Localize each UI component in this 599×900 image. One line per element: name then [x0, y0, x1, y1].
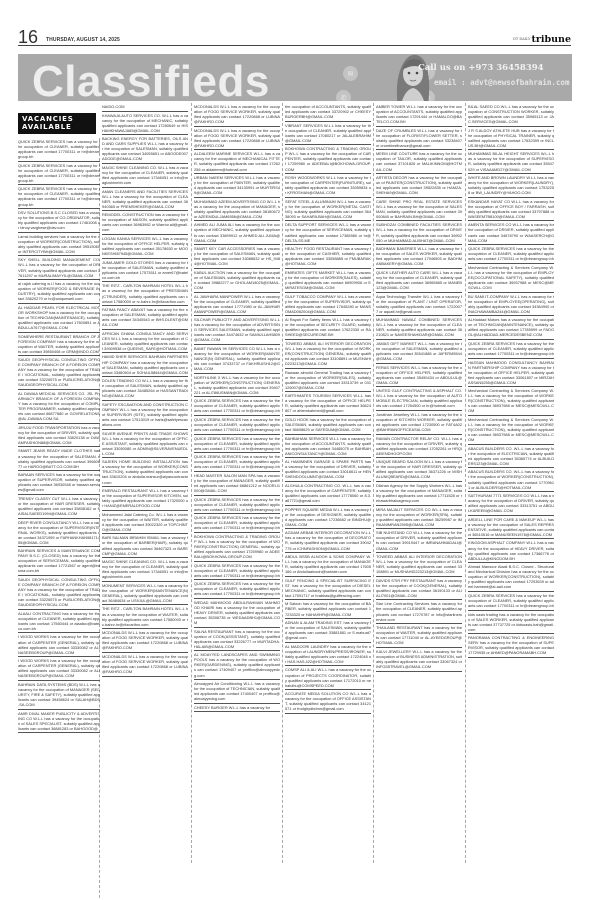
classified-ad: HASSAN MAHMOOD CONSULTANCY BAHRAIN PARTN… — [468, 359, 554, 388]
classified-ad: ACCURATE MEDIA SOLUTION CO W.L.L has a v… — [285, 690, 371, 714]
classified-ad: JIRUJU FOOD TRANSPORTATION has a vacancy… — [18, 424, 100, 448]
classified-ad: BAHRAIN DATA SYSTEMS (BDS) W.L.L has a v… — [18, 681, 100, 710]
classified-ad: MUHAMMAD AZEEM ADVERTISING CO W.L.L has … — [194, 198, 280, 222]
classified-ad: ABDUL BSSB ALNOOH & SONS COMPANY W.L.L h… — [285, 553, 371, 577]
classified-ad: BOKHOWA CONTRACTING & TRADING GROUP W.L.… — [285, 145, 371, 174]
classified-ad: Mechanical Contracting & Services Compan… — [468, 387, 554, 416]
classified-ad: MIRA MAJALIT SERVICES CO W.L.L has a vac… — [376, 506, 462, 530]
classified-ad: AFRICAN GHANA CONSULTANCY AND SERVICES W… — [102, 330, 188, 354]
classified-ad: AL HADDAR PEARL FOR ELECTRICAL MOTOR WOR… — [18, 304, 100, 333]
classified-ad: MCDONALDS W.L.L has a vacancy for the oc… — [102, 653, 188, 677]
classified-ad: THE RITZ - CARLTON BAHRAIN HOTEL W.L.L h… — [102, 282, 188, 306]
classified-ad: PANORAMA CONTRACTING & ENGINEERING SERV … — [468, 634, 554, 658]
classified-ad: SIB NUHSTAND CO W.L.L has a vacancy for … — [376, 529, 462, 553]
classified-ad: QUICK ZEBRA SERVICES has a vacancy for t… — [18, 138, 100, 162]
classified-ad: TRENDY CLASSY CUT W.L.L has a vacancy fo… — [18, 495, 100, 519]
classified-ad: SEFAT STEEL & ALUMINUM W.L.L has a vacan… — [285, 198, 371, 222]
classified-ad: MCDONALDS W.L.L has a vacancy for the oc… — [194, 127, 280, 151]
classified-ad: Ahmad Mansoor Alaali B.S.C. Closed - Str… — [468, 563, 554, 592]
vacancies-available-label: VACANCIES AVAILABLE — [18, 113, 96, 134]
classified-ad: GOLD HOOK has a vacancy for the occupati… — [285, 416, 371, 435]
operator-illustration-icon — [390, 54, 434, 101]
classified-ad: MEEM LINE COUTURE has a vacancy for the … — [376, 150, 462, 174]
classified-ad: AL MADOORI LAUNDRY has a vacancy for the… — [285, 643, 371, 667]
classified-ad: AMAN CLEANERS AND FACILITIES SERVICES W.… — [102, 188, 188, 212]
classified-ad: QUICK ZEBRA SERVICES has a vacancy for t… — [468, 340, 554, 359]
ads-column-6: BILAL SAEED CO W.L.L has a vacancy for t… — [468, 103, 554, 658]
classified-ad: ABACUS BUILDERS CO. W.L.L has a vacancy … — [468, 445, 554, 469]
classified-ad: THAILAND RESTAURANT has a vacancy for th… — [376, 624, 462, 648]
classified-ad: HEALTHY FOOD RESTAURANT has a vacancy fo… — [285, 245, 371, 269]
classified-ad: ABACUS BUILDERS CO. W.L.L has a vacancy … — [468, 468, 554, 492]
classified-ad: MUHAMMAD NAWAZ COMBINED SERVICES W.L.L h… — [376, 316, 462, 340]
classified-ad: AL JAWHARA MANPOWER W.L.L has a vacancy … — [194, 293, 280, 317]
classified-ad: SKY SHELL BUILDING MANAGEMENT CO. W.L.L … — [18, 256, 100, 280]
ads-column-5: AMBER TOWER W.L.L has a vacancy for the … — [376, 103, 462, 672]
classified-ad: DSV SOLUTIONS B.S.C CLOSED has a vacancy… — [18, 209, 100, 233]
classified-ad: MAGIC SHINE CLEANING CO. W.L.L has a vac… — [102, 558, 188, 582]
classified-ad: Mechanical Contracting & Services Compan… — [468, 416, 554, 445]
classified-ad: SALNA RESTAURANT has a vacancy for the o… — [194, 628, 280, 652]
classified-ad: SUBHOZAI COMBINED FACILITIES SERVICES W.… — [376, 221, 462, 245]
classified-ad: EARTHMATES TOURISM SERVICES W.L.L has a … — [285, 392, 371, 416]
classified-ad: Mohammed Jalal Catering Co. W.L.L has a … — [102, 511, 188, 535]
ads-column-1: QUICK ZEBRA SERVICES has a vacancy for t… — [18, 138, 100, 733]
classified-ad: Aqua Technology Transfer W.L.L has a vac… — [376, 293, 462, 317]
classified-ad: DOLEN TRADING CO W.L.L has a vacancy for… — [102, 377, 188, 401]
classified-ad: QUICK ZEBRA SERVICES has a vacancy for t… — [18, 162, 100, 186]
classified-ad: ALHaddad Motors has a vacancy for the oc… — [468, 316, 554, 340]
classified-ad: GULF TOBACCO COMPANY W.L.L has a vacancy… — [285, 293, 371, 317]
page-header: 16 THURSDAY, AUGUST 14, 2025 — [18, 26, 272, 46]
classified-ad: UNITED GULF CONTRACTING & ASPHALT CO. W.… — [376, 387, 462, 411]
column-divider — [282, 103, 283, 863]
classified-ad: MCDONALDS W.L.L has a vacancy for the oc… — [194, 103, 280, 127]
classified-ad: M Saloon has a vacancy for the occupatio… — [285, 600, 371, 619]
classified-ad: QUICK ZEBRA SERVICES has a vacancy for t… — [468, 245, 554, 264]
classified-ad: HEAD MASTER SALON MAN SPA has a vacancy … — [194, 472, 280, 496]
classified-ad: BU SAMI IT-COMPANY W.L.L has a vacancy f… — [468, 293, 554, 317]
classified-ad: FERAS SERVICES W.L.L has a vacancy for t… — [376, 364, 462, 388]
classified-ad: MAGIC SHINE CLEANING CO. W.L.L has a vac… — [102, 164, 188, 188]
classified-ad: AMBER TOWER W.L.L has a vacancy for the … — [376, 103, 462, 127]
classified-ad: REMODEL CONSTRUCTION has a vacancy for t… — [102, 211, 188, 235]
classified-ad: KABUL AUCTION has a vacancy for the occu… — [194, 269, 280, 293]
classified-ad: QUICK ZEBRA SERVICES has a vacancy for t… — [194, 435, 280, 454]
classified-ad: SAFETY ESCAVATION AND CONSTRUCTION COMPA… — [102, 401, 188, 430]
classified-ad: AGDAM ARBAB INTERIOR DECORATION W.L.L ha… — [285, 529, 371, 553]
classified-ad: UNIQUE BEARD SALOON W.L.L has a vacancy … — [376, 458, 462, 482]
phone-icon: ✆ — [336, 90, 351, 101]
classified-ad: JAMAS GIFT MARKET W.L.L has a vacancy fo… — [376, 340, 462, 364]
classified-ad: QUICK ZEBRA SERVICES has a vacancy for t… — [194, 580, 280, 599]
classified-ad: POPPER SQUARE MEDIA W.L.L has a vacancy … — [285, 506, 371, 530]
classified-ad: ADNAN & ALAM TRADING EST. has a vacancy … — [285, 619, 371, 643]
classified-ad: SILCHAR PUBLICITY AND ADVERTISING W.L.L … — [194, 316, 280, 345]
issue-date: THURSDAY, AUGUST 14, 2025 — [46, 37, 120, 43]
classified-ad: JUMA AMER GOLD STORES has a vacancy for … — [102, 259, 188, 283]
newspaper-logo: DT DAILYtribune — [513, 34, 571, 45]
classified-ad: J R S ALDOY ATHLETE HUB has a vacancy fo… — [468, 127, 554, 151]
classified-ad: ROSH WOODWORKS W.L.L has a vacancy for t… — [285, 174, 371, 198]
classified-ad: SMART KEY CAR ACCESSORIES has a vacancy … — [194, 245, 280, 269]
classified-ad: DAVIDS STIR FRY RESTAURANT has a vacancy… — [376, 577, 462, 601]
column-divider — [191, 103, 192, 863]
classifieds-banner: Classifieds ✉ ✆ ▯ ◎ Call us on +973 3645… — [18, 54, 572, 101]
classified-ad: DELTA SUPPORT SERVICES W.L.L has a vacan… — [285, 221, 371, 245]
classified-ad: AHMED ALI JUMA ALI has a vacancy for the… — [194, 221, 280, 245]
classified-ad: MCDONALDS W.L.L has a vacancy for the oc… — [102, 629, 188, 653]
classified-ad: SAUDI GEOPHYSICAL CONSULTING OFFICE COMP… — [18, 576, 100, 610]
classified-ad: ALGHULA CONTRACTING CO. W.L.L has a vaca… — [285, 482, 371, 506]
logo-prefix: DT DAILY — [513, 38, 530, 42]
classified-ad: TOWEED ABBAS ALI INTERIOR DECORATION W.L… — [376, 553, 462, 577]
classified-ad: AL DAWAA MEDICAL SERVICES CO. JSL PHARMA… — [18, 390, 100, 424]
classified-ad: ARDELL LINE FOR CARE & MAKEUP W.L.L has … — [468, 516, 554, 540]
classified-ad: VIBRANT SERVICES W.L.L has a vacancy for… — [285, 122, 371, 146]
classified-ad: QUICK ZEBRA SERVICES has a vacancy for t… — [194, 496, 280, 515]
column-divider — [465, 103, 466, 863]
classified-ad: BARI SALMAN IBRAHIM ISMAIL has a vacancy… — [102, 534, 188, 558]
ads-column-2: NAIDO.COMKHAWAJA AUTO SERVICES CO. W.L.L… — [102, 103, 188, 677]
classified-ad: BARAAN SERVICES has a vacancy for the oc… — [18, 471, 100, 495]
classified-ad: SILVER AVENUE PRINTS AND TRADE SHOWS W.L… — [102, 430, 188, 459]
logo-text: tribune — [531, 34, 571, 45]
classified-ad: kids oasis trading has a vacancy for the… — [468, 611, 554, 635]
classified-ad: QUICK LEATHER AUTO CARE W.L.L has a vaca… — [376, 269, 462, 293]
classified-ad: EMIRATES GIFTS MARKET W.L.L has a vacanc… — [285, 269, 371, 293]
classified-ad: BACKING ENERGY FOR BATTERIES, OILS AND A… — [102, 135, 188, 164]
classified-ad: AL MOAYYED LANDSCAPES AND SWIMMING POOLS… — [194, 651, 280, 680]
classified-ad: Star Line Contracting Services has a vac… — [376, 600, 462, 624]
section-title: Classifieds — [32, 60, 270, 101]
classified-ad: DEEP RIVER CONSULTANCY W.L.L has a vacan… — [18, 519, 100, 548]
classified-ad: WEDAD MAHMOOD ABDULRAHMAN MAHMOOD KHAIRI… — [194, 599, 280, 628]
classified-ad: Rawaan almulid General Trading has a vac… — [285, 369, 371, 393]
classified-ad: MUHAMMAD BILAL HEIGHT SERVICES W.L.L has… — [468, 150, 554, 174]
classified-ad: QUICK ZEBRA SERVICES has a vacancy for t… — [468, 592, 554, 611]
email-text: email : advt@newsofbahrain.com — [434, 78, 569, 87]
classified-ad: QUICK ZEBRA SERVICES has a vacancy for t… — [194, 416, 280, 435]
classified-ad: al rajah catering w.l.l has a vacancy fo… — [18, 280, 100, 304]
classified-ad: QUICK ZEBRA SERVICES has a vacancy for t… — [18, 185, 100, 209]
classified-ad: Mechanical Contracting & Services Compan… — [468, 264, 554, 293]
classified-ad: EMERALD RESTAURANT W.L.L has a vacancy f… — [102, 487, 188, 511]
classified-ad: GULF FENCING & SPECIALIST SURFACING EST.… — [285, 577, 371, 601]
classified-ad: I WOOD WORKS has a vacancy for the occup… — [18, 657, 100, 681]
classified-ad: ARTISTA DECOR has a vacancy for the occu… — [376, 174, 462, 198]
column-divider — [373, 103, 374, 863]
classified-ad: QUICK ZEBRA SERVICES has a vacancy for t… — [194, 453, 280, 472]
classified-ad: KHAWAJA AUTO SERVICES CO. W.L.L has a va… — [102, 112, 188, 136]
classified-ad: Dilshan Agency for the Supply Workers W.… — [376, 482, 462, 506]
classified-ad: FATIMA FANCY ABAYAT has a vacancy for th… — [102, 306, 188, 330]
classified-ad: URBAN NAEEM SERVICES W.L.L has a vacancy… — [194, 174, 280, 198]
classified-ad: RAMAN CONTRACTOR RELAY CO. W.L.L has a v… — [376, 435, 462, 459]
classified-ad: CARE SHINE PRO REAL ESTATE SERVICES W.L.… — [376, 198, 462, 222]
call-us-text: Call us on +973 36458394 — [418, 63, 544, 73]
mail-icon: ✉ — [343, 66, 358, 81]
ads-column-3: MCDONALDS W.L.L has a vacancy for the oc… — [194, 103, 280, 712]
classified-ad: the occupation of ACCOUNTANTS, suitably … — [285, 103, 371, 122]
classified-ad: BAHBAHANI SERVICES W.L.L has a vacancy f… — [285, 435, 371, 459]
classified-ad: SAJEEN HOME BUILDING INSTALLATION has a … — [102, 458, 188, 487]
classified-ad: AMENTA SERVICES CO W.L.L has a vacancy f… — [468, 221, 554, 245]
classified-ad: SATTHURAM 7771 SERVICES CO W.L.L has a v… — [468, 492, 554, 516]
classified-ad: QUICK ZEBRA SERVICES has a vacancy for t… — [194, 397, 280, 416]
classified-ad: BILAL SAEED CO W.L.L has a vacancy for t… — [468, 103, 554, 127]
classified-ad: ESKANDAR HAYAT CO W.L.L has a vacancy fo… — [468, 198, 554, 222]
classified-ad: Jonathan Jewellery W.L.L has a vacancy f… — [376, 411, 462, 435]
ads-column-4: the occupation of ACCOUNTANTS, suitably … — [285, 103, 371, 714]
page-number: 16 — [18, 28, 38, 46]
classified-ad: QUICK ZEBRA SERVICES has a vacancy for t… — [194, 514, 280, 533]
classified-ad: TOWEED ABBAS ALI INTERIOR DECORATION W.L… — [285, 340, 371, 369]
classified-ad: ALAALI CONTRACTING has a vacancy for the… — [18, 610, 100, 634]
classified-ad: Lamsi building services has a vacancy fo… — [18, 233, 100, 257]
classified-ad: BOKHOWA CONTRACTING & TRADING GROUP W.L.… — [194, 533, 280, 562]
classified-ad: CHEESY BURGER W.L.L has a vacancy for — [194, 704, 280, 713]
classified-ad: SMART JEANS READY MADE CLOTHES has a vac… — [18, 447, 100, 471]
classified-ad: AMIR DIVAL MAKER PUBLICITY & ADVERTISING… — [18, 710, 100, 734]
classified-ad: KALVI JEWELLERY W.L.L has a vacancy for … — [376, 648, 462, 672]
classified-ad: WHITE AND BROWN LAUNDRY W.L.L has a vaca… — [468, 174, 554, 198]
classified-ad: Al Rayah For Safety Items W.L.L has a va… — [285, 316, 371, 340]
classified-ad: SAUDI GEOPHYSICAL CONSULTING OFFICE COMP… — [18, 356, 100, 390]
classified-ad: SOMEWHERE RESTAURANT BRANCH OF A FOREIGN… — [18, 333, 100, 357]
classified-ad: NAIDO.COM — [102, 103, 188, 112]
classified-ad: COMSP ALI & ALI W.L.L has a vacancy for … — [285, 666, 371, 690]
classified-ad: Almoayyed Air Conditioning W.L.L has a v… — [194, 680, 280, 704]
classified-ad: KINGDOM ASPHALT COMPANY W.L.L has a vaca… — [468, 539, 554, 563]
classified-ad: MONUMENT SERVICES W.L.L has a vacancy fo… — [102, 582, 188, 606]
classified-ad: I WOOD WORKS has a vacancy for the occup… — [18, 633, 100, 657]
classified-ad: HAMID SHER SERVICES BAHRAIN PARTNERSHIP … — [102, 353, 188, 377]
classified-ad: THE RITZ - CARLTON BAHRAIN HOTEL W.L.L h… — [102, 605, 188, 629]
classified-ad: NORTHLINK X W.L.L has a vacancy for the … — [194, 374, 280, 398]
classified-ad: LOGAN KANKA SERVICES W.L.L has a vacancy… — [102, 235, 188, 259]
classified-ad: ALDALEEM MARINE SERVICES W.L.L has a vac… — [194, 150, 280, 174]
classified-ad: QUICK ZEBRA SERVICES has a vacancy for t… — [194, 562, 280, 581]
classified-ad: BAHRAIN SERVICES & MAINTENANCE COMPANY B… — [18, 547, 100, 576]
classified-ad: AL HAMIMNEN GARAGE & SPARE PARTS has a v… — [285, 458, 371, 482]
classified-ad: BAMIT RAWAN 99 SERVICES CO W.L.L has a v… — [194, 345, 280, 374]
header-divider — [18, 45, 571, 46]
classified-ad: DAZE OF CRUMBLES W.L.L has a vacancy for… — [376, 127, 462, 151]
classified-ad: BADHMAN BAKERIES W.L.L has a vacancy for… — [376, 245, 462, 269]
